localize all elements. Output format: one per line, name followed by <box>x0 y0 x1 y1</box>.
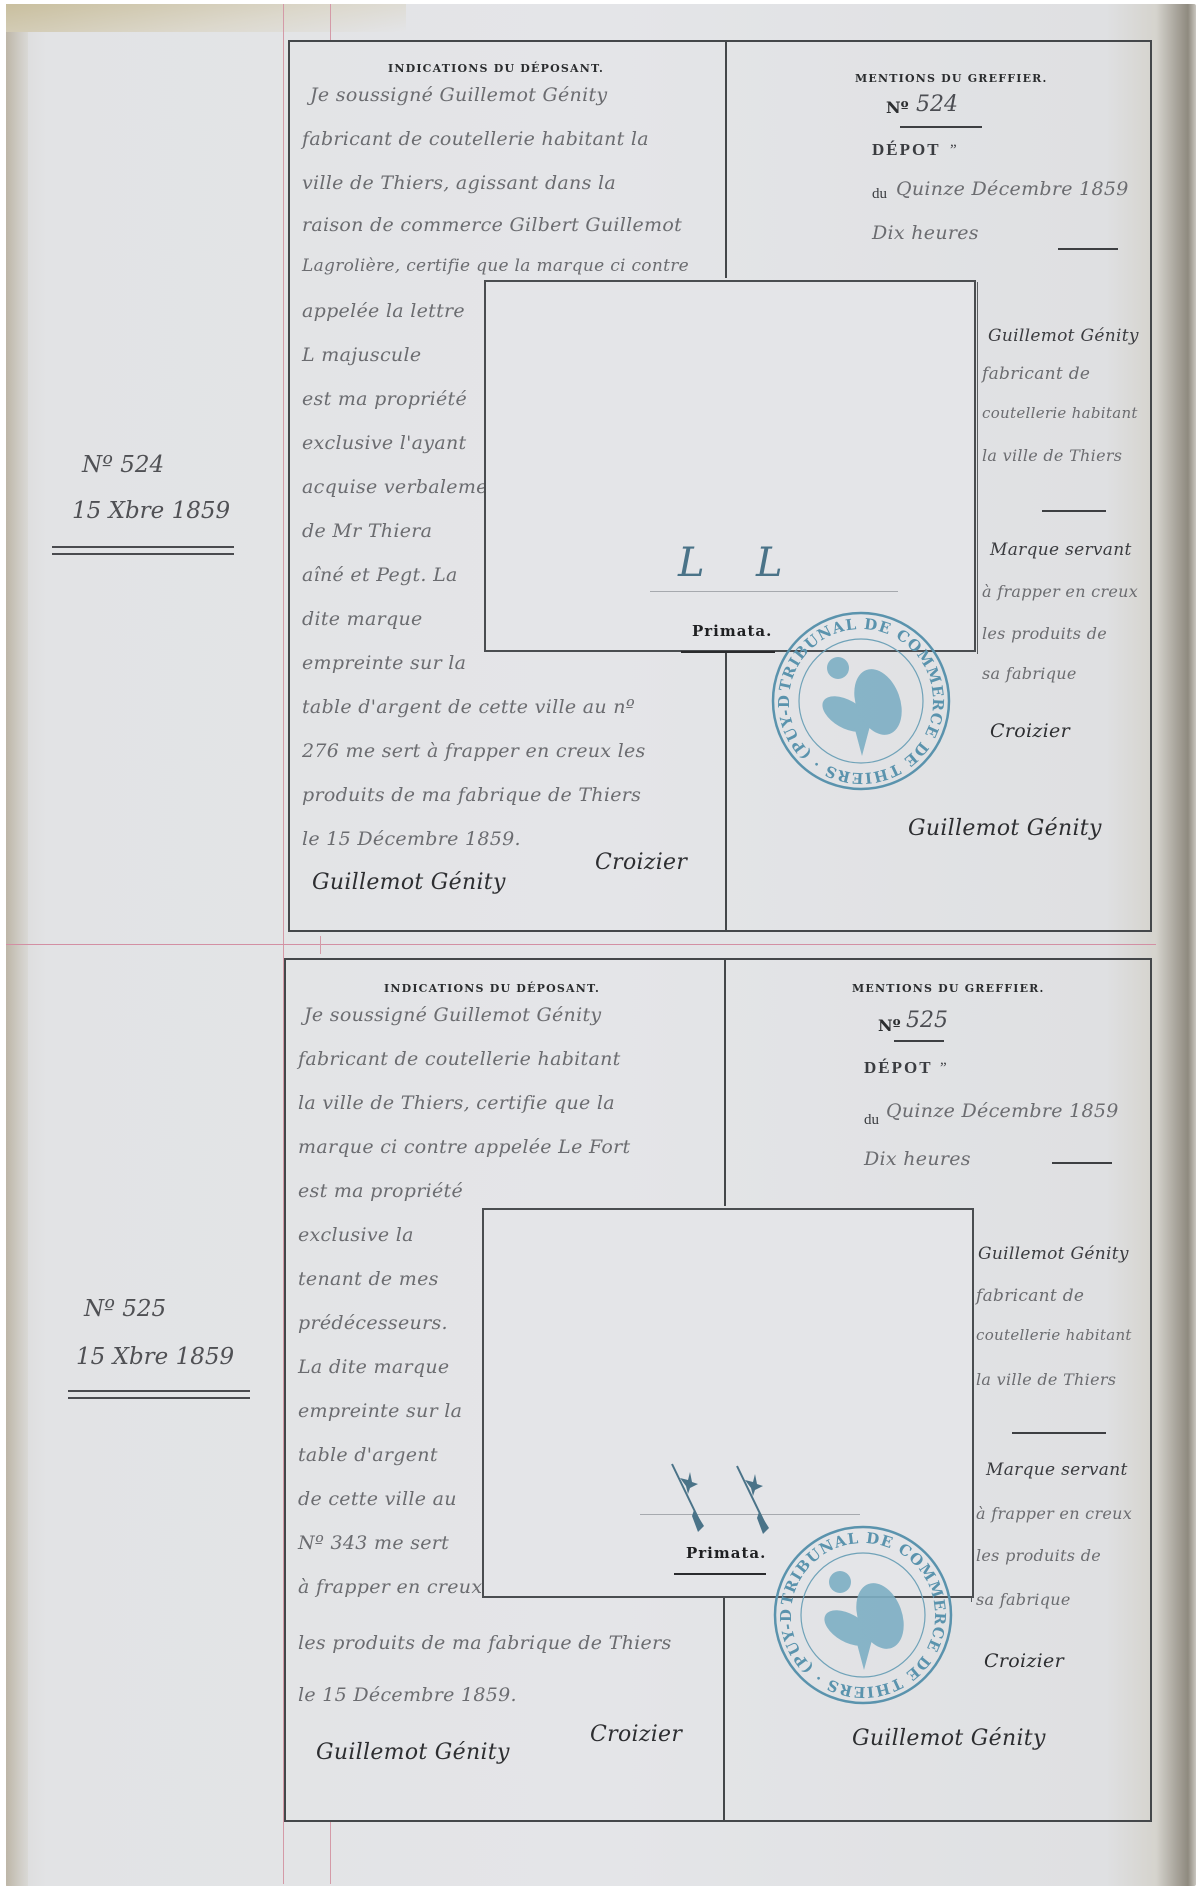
margin-double-rule <box>68 1390 250 1399</box>
number-label: Nº <box>886 98 909 117</box>
greffier-note-line: les produits de <box>982 624 1107 643</box>
mark-name-underline <box>674 1573 766 1575</box>
tribunal-stamp-icon: TRIBUNAL DE COMMERCE DE THIERS · (PUY-DE… <box>766 606 956 796</box>
greffier-side-line <box>977 282 978 654</box>
signature-greffier: Croizier <box>595 850 687 875</box>
column-divider-bottom <box>723 1596 725 1822</box>
declaration-line: prédécesseurs. <box>298 1312 448 1334</box>
page-corner-stain <box>6 4 406 32</box>
greffier-note-line: la ville de Thiers <box>982 446 1122 465</box>
header-mentions-greffier: Mentions du greffier. <box>852 982 1045 995</box>
mark-dagger-icon <box>733 1464 773 1536</box>
red-tick-top <box>330 4 331 40</box>
greffier-note-line: coutellerie habitant <box>982 404 1138 422</box>
declaration-line: ville de Thiers, agissant dans la <box>302 172 616 194</box>
declaration-line: exclusive l'ayant <box>302 432 466 454</box>
declaration-line: marque ci contre appelée Le Fort <box>298 1136 631 1158</box>
column-divider-top <box>724 960 726 1206</box>
margin-note-date: 15 Xbre 1859 <box>76 1344 234 1370</box>
declaration-line: est ma propriété <box>298 1180 463 1202</box>
red-tick-bottom <box>330 1822 331 1884</box>
column-divider-top <box>725 42 727 278</box>
deposit-date: Quinze Décembre 1859 <box>896 178 1129 200</box>
declaration-line: le 15 Décembre 1859. <box>302 828 521 850</box>
margin-note-number: Nº 525 <box>84 1296 166 1322</box>
declaration-line: est ma propriété <box>302 388 467 410</box>
signature-deposant: Guillemot Génity <box>316 1740 510 1765</box>
number-underline <box>894 1040 944 1042</box>
mark-name: Primata. <box>692 622 772 640</box>
signature-deposant: Guillemot Génity <box>312 870 506 895</box>
depot-label: DÉPOT <box>864 1058 933 1078</box>
mark-glyph-l: L <box>756 540 783 586</box>
notes-separator <box>1042 510 1106 512</box>
declaration-line: Je soussigné Guillemot Génity <box>304 1004 601 1026</box>
hour-underline <box>1052 1162 1112 1164</box>
greffier-note-line: la ville de Thiers <box>976 1370 1116 1389</box>
margin-note-date: 15 Xbre 1859 <box>72 498 230 524</box>
declaration-line: appelée la lettre <box>302 300 465 322</box>
declaration-line: La dite marque <box>298 1356 449 1378</box>
declaration-line: Lagrolière, certifie que la marque ci co… <box>302 256 689 276</box>
greffier-note-line: fabricant de <box>982 364 1090 384</box>
depot-ditto: ” <box>940 1060 947 1077</box>
declaration-line: dite marque <box>302 608 423 630</box>
deposit-number: 524 <box>916 92 958 117</box>
margin-double-rule <box>52 546 234 555</box>
declaration-line: aîné et Pegt. La <box>302 564 458 586</box>
greffier-signature-croizier: Croizier <box>984 1650 1064 1672</box>
mark-name-underline <box>681 651 775 653</box>
greffier-signature-genity: Guillemot Génity <box>852 1726 1046 1751</box>
signature-greffier: Croizier <box>590 1722 682 1747</box>
number-underline <box>900 126 982 128</box>
greffier-note-line: les produits de <box>976 1546 1101 1565</box>
declaration-line: produits de ma fabrique de Thiers <box>302 784 641 806</box>
mark-baseline <box>650 591 898 592</box>
red-tick-mid <box>320 936 321 954</box>
greffier-note-line: à frapper en creux <box>976 1504 1132 1523</box>
greffier-note-line: coutellerie habitant <box>976 1326 1132 1344</box>
greffier-note-line: sa fabrique <box>976 1590 1071 1609</box>
declaration-line: Je soussigné Guillemot Génity <box>310 84 607 106</box>
header-mentions-greffier: Mentions du greffier. <box>855 72 1048 85</box>
margin-note-number: Nº 524 <box>82 452 164 478</box>
greffier-note-line: Marque servant <box>990 540 1132 560</box>
hour-underline <box>1058 248 1118 250</box>
declaration-line: empreinte sur la <box>298 1400 462 1422</box>
declaration-line: table d'argent <box>298 1444 438 1466</box>
du-label: du <box>872 186 887 203</box>
tribunal-stamp-icon: TRIBUNAL DE COMMERCE DE THIERS · (PUY-DE… <box>768 1520 958 1710</box>
greffier-signature-croizier: Croizier <box>990 720 1070 742</box>
number-label: Nº <box>878 1016 901 1035</box>
deposit-number: 525 <box>906 1008 948 1033</box>
depot-ditto: ” <box>950 142 957 159</box>
declaration-line: fabricant de coutellerie habitant <box>298 1048 621 1070</box>
notes-separator <box>1012 1432 1106 1434</box>
greffier-note-line: à frapper en creux <box>982 582 1138 601</box>
depot-label: DÉPOT <box>872 140 941 160</box>
declaration-line: exclusive la <box>298 1224 414 1246</box>
column-divider-bottom <box>725 652 727 932</box>
du-label: du <box>864 1112 879 1129</box>
mark-name: Primata. <box>686 1544 766 1562</box>
header-indications-deposant: Indications du déposant. <box>388 62 604 75</box>
declaration-line: table d'argent de cette ville au nº <box>302 696 635 718</box>
declaration-line: empreinte sur la <box>302 652 466 674</box>
declaration-line: L majuscule <box>302 344 421 366</box>
greffier-note-line: sa fabrique <box>982 664 1077 683</box>
mark-imprint-box <box>484 280 976 652</box>
greffier-note-line: Marque servant <box>986 1460 1128 1480</box>
declaration-line: Nº 343 me sert <box>298 1532 449 1554</box>
greffier-signature-genity: Guillemot Génity <box>908 816 1102 841</box>
greffier-note-line: fabricant de <box>976 1286 1084 1306</box>
declaration-line: de cette ville au <box>298 1488 457 1510</box>
red-entry-separator <box>6 944 1156 945</box>
declaration-line: les produits de ma fabrique de Thiers <box>298 1632 672 1654</box>
declaration-line: raison de commerce Gilbert Guillemot <box>302 214 682 236</box>
declaration-line: de Mr Thiera <box>302 520 432 542</box>
declaration-line: à frapper en creux <box>298 1576 482 1598</box>
deposit-hour: Dix heures <box>864 1148 971 1170</box>
declaration-line: la ville de Thiers, certifie que la <box>298 1092 615 1114</box>
binding-shadow <box>6 4 28 1886</box>
greffier-note-line: Guillemot Génity <box>978 1244 1129 1264</box>
declaration-line: acquise verbalement <box>302 476 508 498</box>
greffier-note-line: Guillemot Génity <box>988 326 1139 346</box>
deposit-hour: Dix heures <box>872 222 979 244</box>
declaration-line: le 15 Décembre 1859. <box>298 1684 517 1706</box>
header-indications-deposant: Indications du déposant. <box>384 982 600 995</box>
mark-dagger-icon <box>668 1462 708 1534</box>
declaration-line: 276 me sert à frapper en creux les <box>302 740 646 762</box>
deposit-date: Quinze Décembre 1859 <box>886 1100 1119 1122</box>
mark-glyph-l: L <box>678 540 705 586</box>
declaration-line: tenant de mes <box>298 1268 439 1290</box>
declaration-line: fabricant de coutellerie habitant la <box>302 128 649 150</box>
